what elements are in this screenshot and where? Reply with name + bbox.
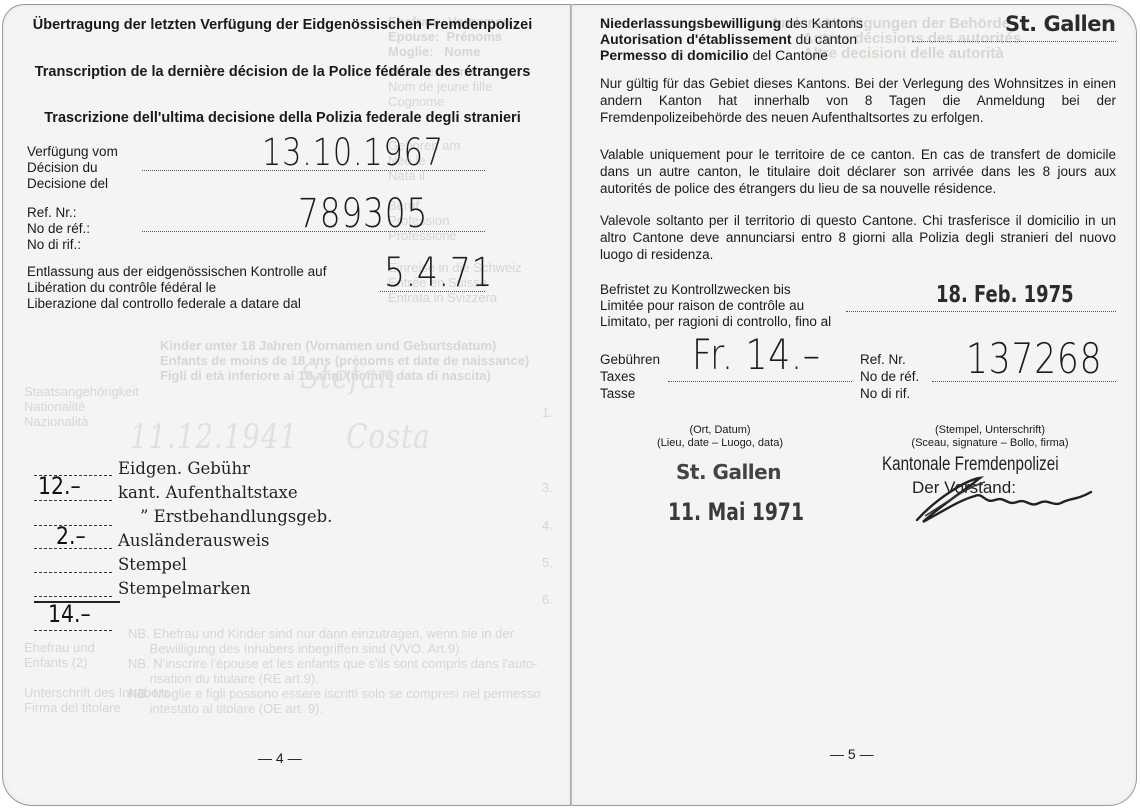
- fee-amount: 2.–: [56, 522, 86, 550]
- reference-value: 789305: [298, 191, 428, 237]
- reference-label-fr: No de réf.:: [27, 221, 90, 237]
- canton-title-de-bold: Niederlassungsbewilligung: [600, 15, 781, 31]
- fee-line: [34, 630, 112, 631]
- bleed-through-text: Ehefrau und Enfants (2) Unterschrift des…: [24, 640, 169, 715]
- release-label-it: Liberazione dal controllo federale a dat…: [27, 296, 301, 312]
- canton-title-it-rest: del Cantone: [749, 47, 828, 63]
- fee-line: [34, 500, 112, 501]
- decision-label-de: Verfügung vom: [27, 144, 118, 160]
- release-label-de: Entlassung aus der eidgenössischen Kontr…: [27, 264, 326, 280]
- fee-total: 14.–: [48, 600, 91, 628]
- ref-label-de: Ref. Nr.: [860, 352, 906, 368]
- page-number-left: — 4 —: [258, 750, 302, 766]
- fee-label: Ausländerausweis: [118, 532, 270, 550]
- release-value: 5.4.71: [384, 250, 493, 296]
- canton-title-fr-bold: Autorisation d'établissement: [600, 31, 792, 47]
- fee-label: ” Erstbehandlungsgeb.: [140, 508, 332, 526]
- taxes-line: [668, 381, 852, 382]
- reference-label-it: No di rif.:: [27, 237, 81, 253]
- bleed-through-handwriting: 11.12.1941 Costa: [130, 430, 431, 445]
- fee-label: Stempel: [118, 556, 187, 574]
- date-stamp: 11. Mai 1971: [668, 498, 804, 526]
- fee-label: kant. Aufenthaltstaxe: [118, 484, 298, 502]
- bleed-through-text: NB. Ehefrau und Kinder sind nur dann ein…: [128, 626, 541, 716]
- ref-value: 137268: [966, 334, 1102, 383]
- fee-line: [34, 596, 112, 597]
- fee-label: Eidgen. Gebühr: [118, 460, 250, 478]
- limit-date-stamp: 18. Feb. 1975: [936, 282, 1074, 308]
- fee-line: [34, 572, 112, 573]
- limit-label-fr: Limitée pour raison de contrôle au: [600, 298, 804, 314]
- decision-label-fr: Décision du: [27, 160, 98, 176]
- canton-title-de-rest: des Kantons: [781, 15, 863, 31]
- canton-title-fr: Autorisation d'établissement du canton: [600, 31, 857, 48]
- notice-de: Nur gültig für das Gebiet dieses Kantons…: [600, 75, 1116, 126]
- signature-caption: (Stempel, Unterschrift) (Sceau, signatur…: [880, 424, 1100, 450]
- fee-amount: 12.–: [38, 472, 81, 500]
- ref-label-it: No di rif.: [860, 386, 910, 402]
- heading-it: Trascrizione dell'ultima decisione della…: [30, 110, 535, 127]
- bleed-through-text: Staatsangehörigkeit Nationalité Nazional…: [24, 384, 139, 429]
- canton-stamp: St. Gallen: [1005, 12, 1115, 36]
- canton-title-fr-rest: du canton: [792, 31, 857, 47]
- canton-title-it: Permesso di domicilio del Cantone: [600, 47, 828, 64]
- signature: [905, 470, 1095, 530]
- bleed-through-handwriting: Stefan: [300, 370, 397, 385]
- bleed-through-text: 4.: [542, 518, 553, 533]
- heading-fr: Transcription de la dernière décision de…: [30, 64, 535, 81]
- book-gutter: [570, 4, 572, 806]
- taxes-label-fr: Taxes: [600, 369, 635, 385]
- notice-it: Valevole soltanto per il territorio di q…: [600, 212, 1116, 263]
- bleed-through-text: 6.: [542, 592, 553, 607]
- place-date-caption-2: (Lieu, date – Luogo, data): [620, 437, 820, 450]
- notice-fr: Valable uniquement pour le territoire de…: [600, 146, 1116, 197]
- decision-date-value: 13.10.1967: [262, 131, 444, 174]
- taxes-label-de: Gebühren: [600, 352, 660, 368]
- limit-line: [846, 311, 1116, 312]
- bleed-through-text: 5.: [542, 555, 553, 570]
- taxes-value: Fr. 14.–: [692, 330, 821, 379]
- decision-label-it: Decisione del: [27, 176, 108, 192]
- canton-title-it-bold: Permesso di domicilio: [600, 47, 749, 63]
- page-number-right: — 5 —: [830, 746, 874, 762]
- ref-label-fr: No de réf.: [860, 369, 919, 385]
- limit-label-de: Befristet zu Kontrollzwecken bis: [600, 282, 791, 298]
- reference-label-de: Ref. Nr.:: [27, 205, 77, 221]
- signature-caption-2: (Sceau, signature – Bollo, firma): [880, 437, 1100, 450]
- limit-label-it: Limitato, per ragioni di controllo, fino…: [600, 314, 831, 330]
- heading-de: Übertragung der letzten Verfügung der Ei…: [30, 17, 535, 34]
- bleed-through-text: 1.: [542, 405, 553, 420]
- canton-line: [912, 41, 1116, 42]
- release-label-fr: Libération du contrôle fédéral le: [27, 280, 216, 296]
- taxes-label-it: Tasse: [600, 386, 635, 402]
- place-stamp: St. Gallen: [676, 460, 781, 484]
- place-date-caption: (Ort, Datum) (Lieu, date – Luogo, data): [620, 424, 820, 450]
- canton-title-de: Niederlassungsbewilligung des Kantons: [600, 15, 863, 32]
- fee-label: Stempelmarken: [118, 580, 251, 598]
- place-date-caption-1: (Ort, Datum): [620, 424, 820, 437]
- bleed-through-text: 3.: [542, 480, 553, 495]
- signature-caption-1: (Stempel, Unterschrift): [880, 424, 1100, 437]
